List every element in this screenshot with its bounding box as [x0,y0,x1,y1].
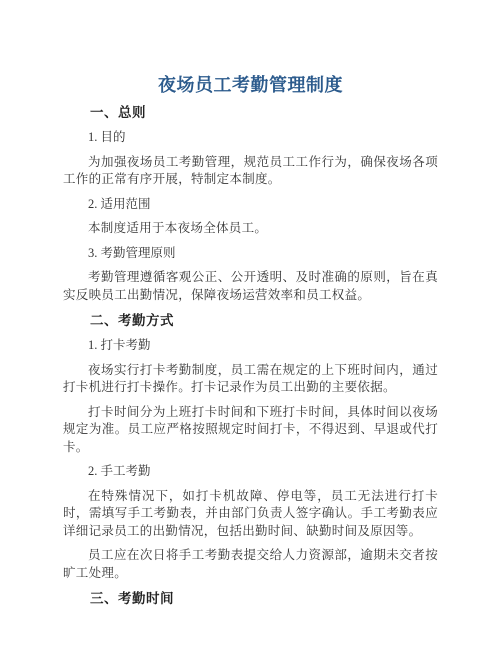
paragraph-manual-attendance-body-2: 员工应在次日将手工考勤表提交给人力资源部，逾期未交者按旷工处理。 [63,547,438,582]
paragraph-purpose-body: 为加强夜场员工考勤管理，规范员工工作行为，确保夜场各项工作的正常有序开展，特制定… [63,154,438,189]
document-page: 夜场员工考勤管理制度 一、总则 1. 目的 为加强夜场员工考勤管理，规范员工工作… [0,0,500,647]
section-heading-attendance-time: 三、考勤时间 [63,589,438,608]
sub-heading-scope: 2. 适用范围 [63,196,438,214]
sub-heading-manual-attendance: 2. 手工考勤 [63,463,438,481]
paragraph-principles-body: 考勤管理遵循客观公正、公开透明、及时准确的原则，旨在真实反映员工出勤情况，保障夜… [63,269,438,304]
sub-heading-purpose: 1. 目的 [63,129,438,147]
paragraph-manual-attendance-body-1: 在特殊情况下，如打卡机故障、停电等，员工无法进行打卡时，需填写手工考勤表，并由部… [63,488,438,541]
paragraph-card-punch-body-1: 夜场实行打卡考勤制度，员工需在规定的上下班时间内，通过打卡机进行打卡操作。打卡记… [63,362,438,397]
paragraph-scope-body: 本制度适用于本夜场全体员工。 [63,220,438,238]
paragraph-card-punch-body-2: 打卡时间分为上班打卡时间和下班打卡时间，具体时间以夜场规定为准。员工应严格按照规… [63,404,438,457]
sub-heading-principles: 3. 考勤管理原则 [63,245,438,263]
section-heading-attendance-methods: 二、考勤方式 [63,311,438,330]
sub-heading-card-punch: 1. 打卡考勤 [63,337,438,355]
document-title: 夜场员工考勤管理制度 [63,74,438,96]
section-heading-general-rules: 一、总则 [63,103,438,122]
